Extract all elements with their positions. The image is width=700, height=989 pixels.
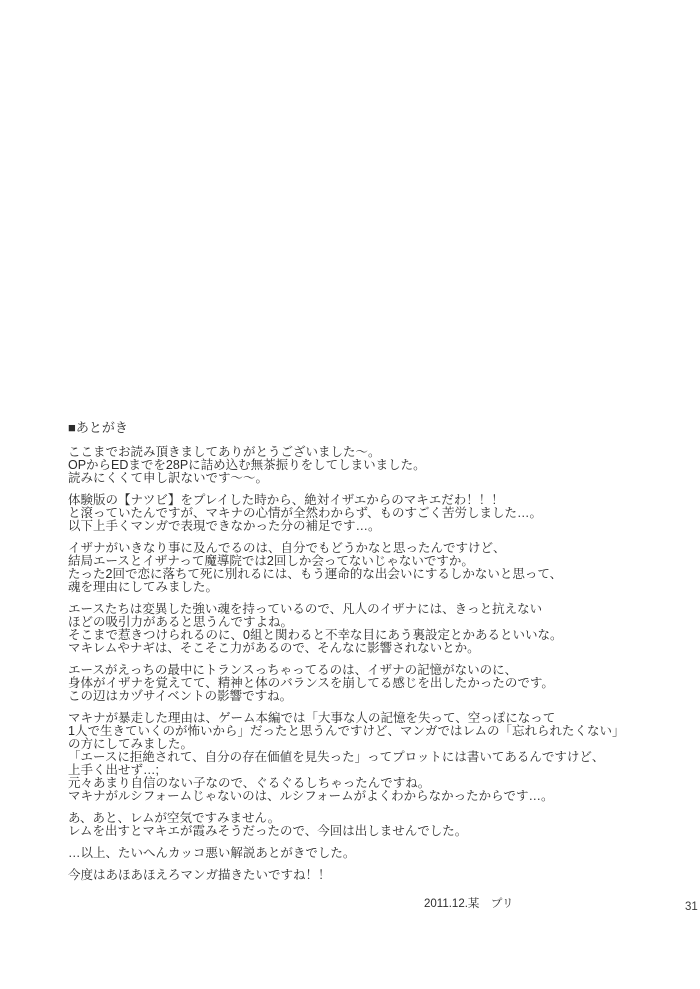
afterword-paragraph: イザナがいきなり事に及んでるのは、自分でもどうかなと思ったんですけど、 結局エー… [68, 542, 668, 594]
page-number: 31 [685, 901, 698, 913]
document-page: ■あとがき ここまでお読み頂きましてありがとうございました～。 OPからEDまで… [0, 0, 700, 989]
afterword-paragraph: エースたちは変異した強い魂を持っているので、凡人のイザナには、きっと抗えない ほ… [68, 603, 668, 655]
text-line: 魂を理由にしてみました。 [68, 581, 668, 594]
afterword-paragraph: 体験版の【ナツビ】をプレイした時から、絶対イザエからのマキエだわ！！！ と滾って… [68, 494, 668, 533]
afterword-paragraph: あ、あと、レムが空気ですみません。 レムを出すとマキエが霞みそうだったので、今回… [68, 812, 668, 838]
date-signature: 2011.12.某 プリ [424, 895, 513, 911]
text-line: 読みにくくて申し訳ないです～～。 [68, 472, 668, 485]
text-line: マキナがルシフォームじゃないのは、ルシフォームがよくわからなかったからです…。 [68, 790, 668, 803]
text-line: …以上、たいへんカッコ悪い解説あとがきでした。 [68, 847, 668, 860]
text-line: 今度はあほあほえろマンガ描きたいですね！！ [68, 869, 668, 882]
afterword-paragraph: マキナが暴走した理由は、ゲーム本編では「大事な人の記憶を失って、空っぽになって … [68, 712, 668, 803]
afterword-paragraph: …以上、たいへんカッコ悪い解説あとがきでした。 [68, 847, 668, 860]
afterword-paragraph: ここまでお読み頂きましてありがとうございました～。 OPからEDまでを28Pに詰… [68, 446, 668, 485]
text-line: 以下上手くマンガで表現できなかった分の補足です…。 [68, 520, 668, 533]
text-line: この辺はカヅサイベントの影響ですね。 [68, 690, 668, 703]
text-line: レムを出すとマキエが霞みそうだったので、今回は出しませんでした。 [68, 825, 668, 838]
afterword-heading: ■あとがき [68, 421, 668, 434]
afterword-body: ■あとがき ここまでお読み頂きましてありがとうございました～。 OPからEDまで… [68, 421, 668, 891]
afterword-paragraph: 今度はあほあほえろマンガ描きたいですね！！ [68, 869, 668, 882]
afterword-paragraph: エースがえっちの最中にトランスっちゃってるのは、イザナの記憶がないのに、 身体が… [68, 664, 668, 703]
text-line: マキレムやナギは、そこそこ力があるので、そんなに影響されないとか。 [68, 642, 668, 655]
